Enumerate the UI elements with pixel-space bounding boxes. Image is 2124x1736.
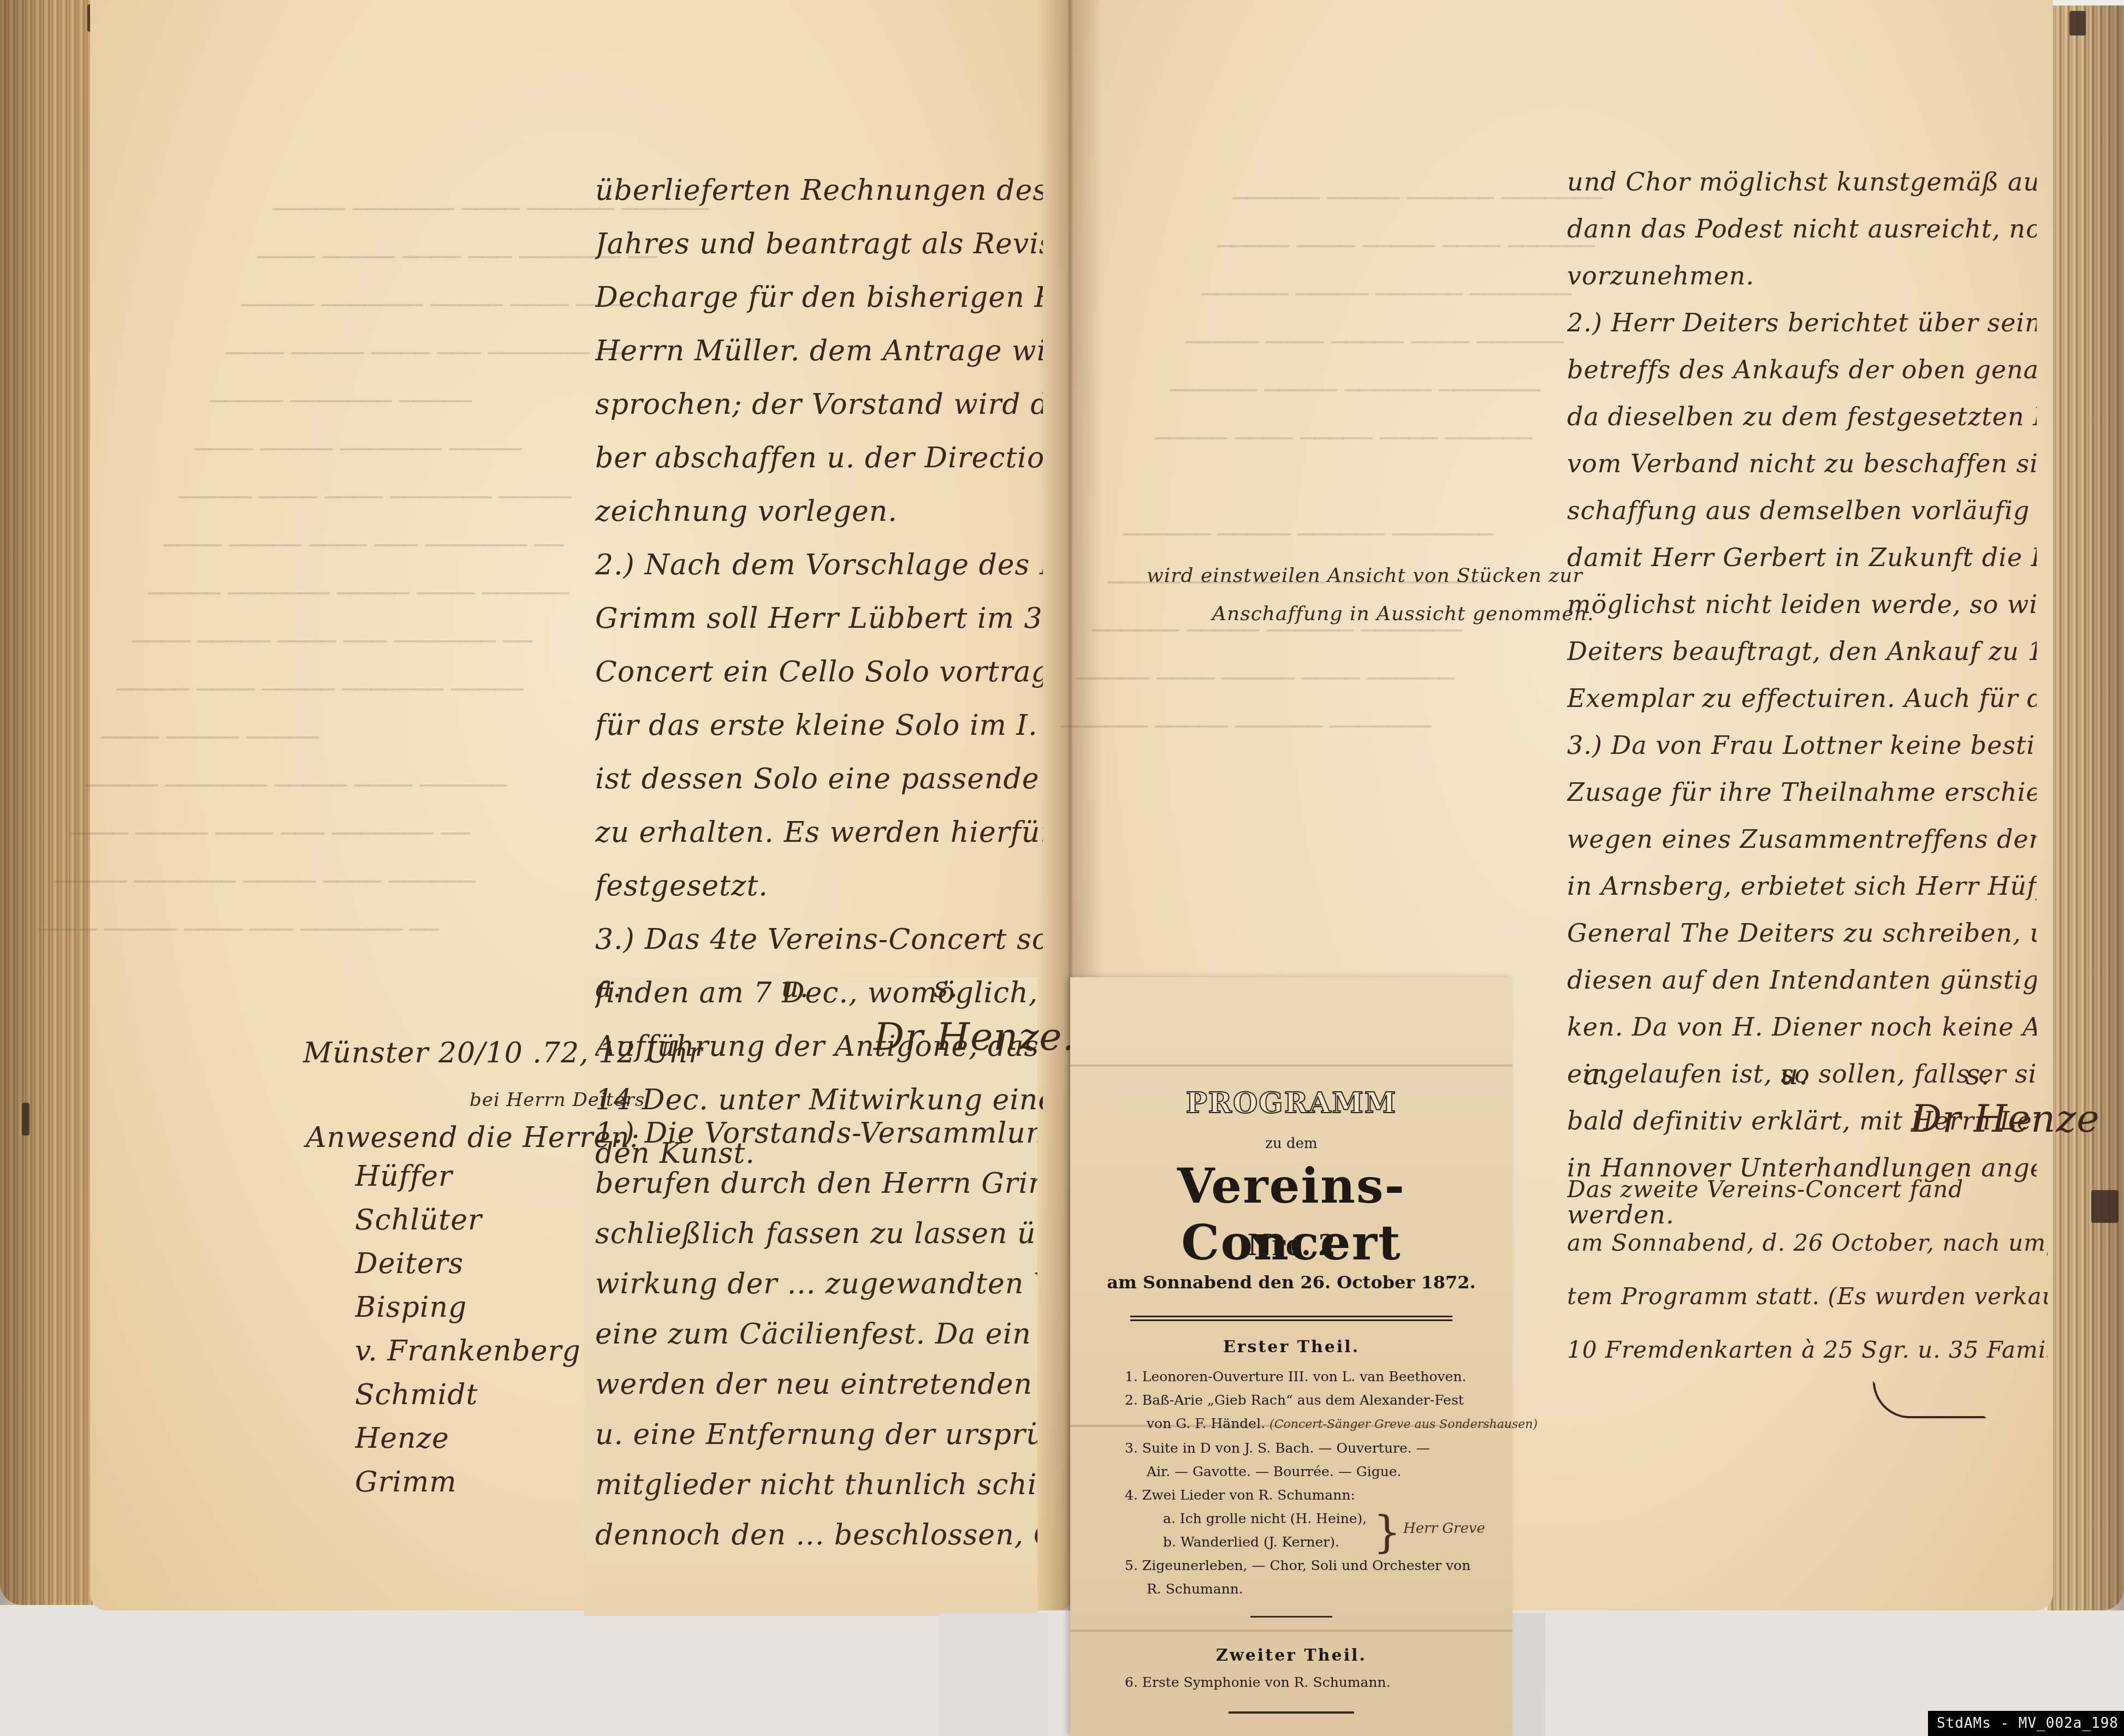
ink-stain <box>2069 11 2086 35</box>
closing-s: s. <box>934 961 958 1014</box>
attendee: Schlüter <box>355 1198 581 1242</box>
text-line: Das zweite Vereins-Concert fand <box>1567 1163 2048 1216</box>
program-item: 6. Erste Symphonie von R. Schumann. <box>1125 1670 1463 1694</box>
attendee: Henze <box>355 1417 581 1460</box>
text-line: wirkung der ... zugewandten Ver- <box>595 1259 1037 1309</box>
text-line: für das erste kleine Solo im I. Concert <box>595 699 1043 752</box>
program-date: am Sonnabend den 26. October 1872. <box>1070 1272 1512 1293</box>
program-item: 5. Zigeunerleben, — Chor, Soli und Orche… <box>1125 1554 1463 1577</box>
text-line: wegen eines Zusammentreffens der Jubilar… <box>1567 816 2037 863</box>
text-line: tem Programm statt. (Es wurden verkauft <box>1567 1270 2048 1323</box>
text-line: 1.) Die Vorstands-Versammlung war <box>595 1108 1037 1158</box>
text-line: u. eine Entfernung der ursprünglichen Ch… <box>595 1410 1037 1460</box>
text-line: Herrn Müller. dem Antrage wird ent- <box>595 324 1043 378</box>
text-line: Decharge für den bisherigen Rendanten <box>595 271 1043 324</box>
text-line: ber abschaffen u. der Direction zur Unte… <box>595 431 1043 485</box>
ink-stain <box>22 1103 29 1135</box>
text-line: 10 Fremdenkarten à 25 Sgr. u. 35 Familie… <box>1567 1323 2048 1377</box>
short-rule <box>1250 1616 1332 1618</box>
text-line: Jahres und beantragt als Revisor die <box>595 217 1043 271</box>
attendee: Schmidt <box>355 1373 581 1417</box>
program-subheading: zu dem <box>1070 1135 1512 1152</box>
text-line: 3.) Da von Frau Lottner keine bestimmte <box>1567 722 2037 769</box>
text-line: schließlich fassen zu lassen über den Mi… <box>595 1209 1037 1259</box>
text-line: werden der neu eintretenden Mitglieder <box>595 1359 1037 1410</box>
handwritten-note: Herr Greve <box>1403 1520 1485 1537</box>
text-line: vom Verband nicht zu beschaffen sind, di… <box>1567 440 2037 487</box>
program-item: 3. Suite in D von J. S. Bach. — Ouvertur… <box>1125 1436 1463 1460</box>
closing-a: a. <box>1583 1048 1611 1102</box>
short-rule <box>1229 1711 1354 1714</box>
brace-mark: } <box>1373 1507 1401 1557</box>
text-line: Zusage für ihre Theilnahme erschienen, d… <box>1567 769 2037 816</box>
text-line: 2.) Herr Deiters berichtet über seine Be… <box>1567 299 2037 346</box>
text-line: Anschaffung in Aussicht genommen. <box>1147 595 1594 633</box>
signature-henze: Dr Henze <box>1911 1092 2100 1145</box>
text-line: schaffung aus demselben vorläufig unterb… <box>1567 487 2037 534</box>
text-line: Exemplar zu effectuiren. Auch für die fo… <box>1567 675 2037 722</box>
attendee: Deiters <box>355 1242 581 1286</box>
text-line: festgesetzt. <box>595 859 1043 913</box>
program-item: Air. — Gavotte. — Bourrée. — Gigue. <box>1125 1460 1463 1483</box>
open-book: ───── ─────── ──── ────── ────── ──── ──… <box>0 0 2124 1616</box>
text-line: in Arnsberg, erbietet sich Herr Hüffer a… <box>1567 863 2037 909</box>
text-line: Concert ein Cello Solo vortragen und <box>595 645 1043 699</box>
text-line: zeichnung vorlegen. <box>595 485 1043 538</box>
center-annotation: wird einstweilen Ansicht von Stücken zur… <box>1147 557 1594 633</box>
closing-flourish <box>1873 1381 1986 1418</box>
program-item: R. Schumann. <box>1125 1577 1463 1601</box>
text-line: überlieferten Rechnungen des vorigen <box>595 164 1043 217</box>
text-line: Grimm soll Herr Lübbert im 3ten <box>595 592 1043 645</box>
ink-stain <box>2091 1190 2119 1223</box>
part-one-heading: Erster Theil. <box>1070 1337 1512 1357</box>
program-item: 2. Baß-Arie „Gieb Rach“ aus dem Alexande… <box>1125 1388 1463 1412</box>
part-two-heading: Zweiter Theil. <box>1070 1646 1512 1665</box>
left-entry-bottom: 1.) Die Vorstands-Versammlung war berufe… <box>595 1108 1037 1560</box>
fold-line <box>1070 1065 1512 1067</box>
text-line: 3.) Das 4te Vereins-Concert soll statt <box>595 913 1043 966</box>
attendee: v. Frankenberg <box>355 1329 581 1373</box>
program-item: 4. Zwei Lieder von R. Schumann: <box>1125 1483 1463 1507</box>
handwritten-note: (Concert-Sänger Greve aus Sondershausen) <box>1269 1418 1538 1431</box>
text-line: ist dessen Solo eine passende Remunerati… <box>595 752 1043 806</box>
fold-line <box>1070 1630 1512 1632</box>
text-line: möglichst nicht leiden werde, so wird He… <box>1567 581 2037 628</box>
concert-program-leaflet: PROGRAMM zu dem Vereins-Concert Nro. 2 a… <box>1070 977 1512 1736</box>
closing-u: u. <box>781 961 809 1014</box>
program-item: von G. F. Händel. (Concert-Sänger Greve … <box>1125 1412 1463 1436</box>
text-line: diesen auf den Intendanten günstig zu wi… <box>1567 956 2037 1003</box>
left-page-edges <box>0 0 93 1605</box>
text-line: General The Deiters zu schreiben, um dur… <box>1567 909 2037 956</box>
backing-card <box>939 1613 1048 1736</box>
closing-a: a. <box>595 961 622 1014</box>
signature-henze: Dr Henze. <box>874 1010 1075 1063</box>
meeting-date: Münster 20/10 .72, 12 Uhr <box>303 1026 703 1080</box>
text-line: damit Herr Gerbert in Zukunft die Kosten <box>1567 534 2037 581</box>
archive-stamp: StdAMs - MV_002a_198 <box>1928 1711 2124 1736</box>
text-line: Deiters beauftragt, den Ankauf zu 10 Thl… <box>1567 628 2037 675</box>
text-line: zu erhalten. Es werden hierfür 3 Thlr <box>595 806 1043 859</box>
text-line: sprochen; der Vorstand wird die Musiksch… <box>595 378 1043 431</box>
right-page-edges <box>2048 5 2124 1610</box>
attendee: Hüffer <box>355 1155 581 1198</box>
double-rule <box>1130 1319 1452 1321</box>
text-line: am Sonnabend, d. 26 October, nach umgehe… <box>1567 1216 2048 1270</box>
text-line: wird einstweilen Ansicht von Stücken zur <box>1147 557 1594 595</box>
program-heading: PROGRAMM <box>1070 1086 1512 1120</box>
text-line: da dieselben zu dem festgesetzten Preise… <box>1567 393 2037 440</box>
text-line: eine zum Cäcilienfest. Da ein Zuwachs <box>595 1309 1037 1359</box>
text-line: ken. Da von H. Diener noch keine Antwort <box>1567 1003 2037 1050</box>
text-line: betreffs des Ankaufs der oben genannten … <box>1567 346 2037 393</box>
attendee: Bisping <box>355 1286 581 1329</box>
text-line: vorzunehmen. <box>1567 252 2037 299</box>
text-line: berufen durch den Herrn Grimm um <box>595 1158 1037 1209</box>
text-line: und Chor möglichst kunstgemäß aufzustell… <box>1567 158 2037 205</box>
attendee: Grimm <box>355 1460 581 1504</box>
text-line: 2.) Nach dem Vorschlage des Herrn <box>595 538 1043 592</box>
attendee-list: Hüffer Schlüter Deiters Bisping v. Frank… <box>355 1155 581 1504</box>
backing-card <box>1512 1613 1545 1736</box>
part-two-items: 6. Erste Symphonie von R. Schumann. <box>1125 1670 1463 1694</box>
concert-note: Das zweite Vereins-Concert fand am Sonna… <box>1567 1163 2048 1377</box>
closing-u: u. <box>1780 1048 1808 1102</box>
text-line: dann das Podest nicht ausreicht, noch ei… <box>1567 205 2037 252</box>
bleed-through-text: ────── ───── ────── ─────── ───── ──── ─… <box>1053 175 1618 751</box>
double-rule <box>1130 1316 1452 1317</box>
part-one-items: 1. Leonoren-Ouverture III. von L. van Be… <box>1125 1365 1463 1601</box>
text-line: mitglieder nicht thunlich schien, würde … <box>595 1460 1037 1510</box>
program-item: 1. Leonoren-Ouverture III. von L. van Be… <box>1125 1365 1463 1388</box>
program-number: Nro. 2 <box>1070 1226 1512 1263</box>
text-line: dennoch den ... beschlossen, Orchester <box>595 1510 1037 1560</box>
